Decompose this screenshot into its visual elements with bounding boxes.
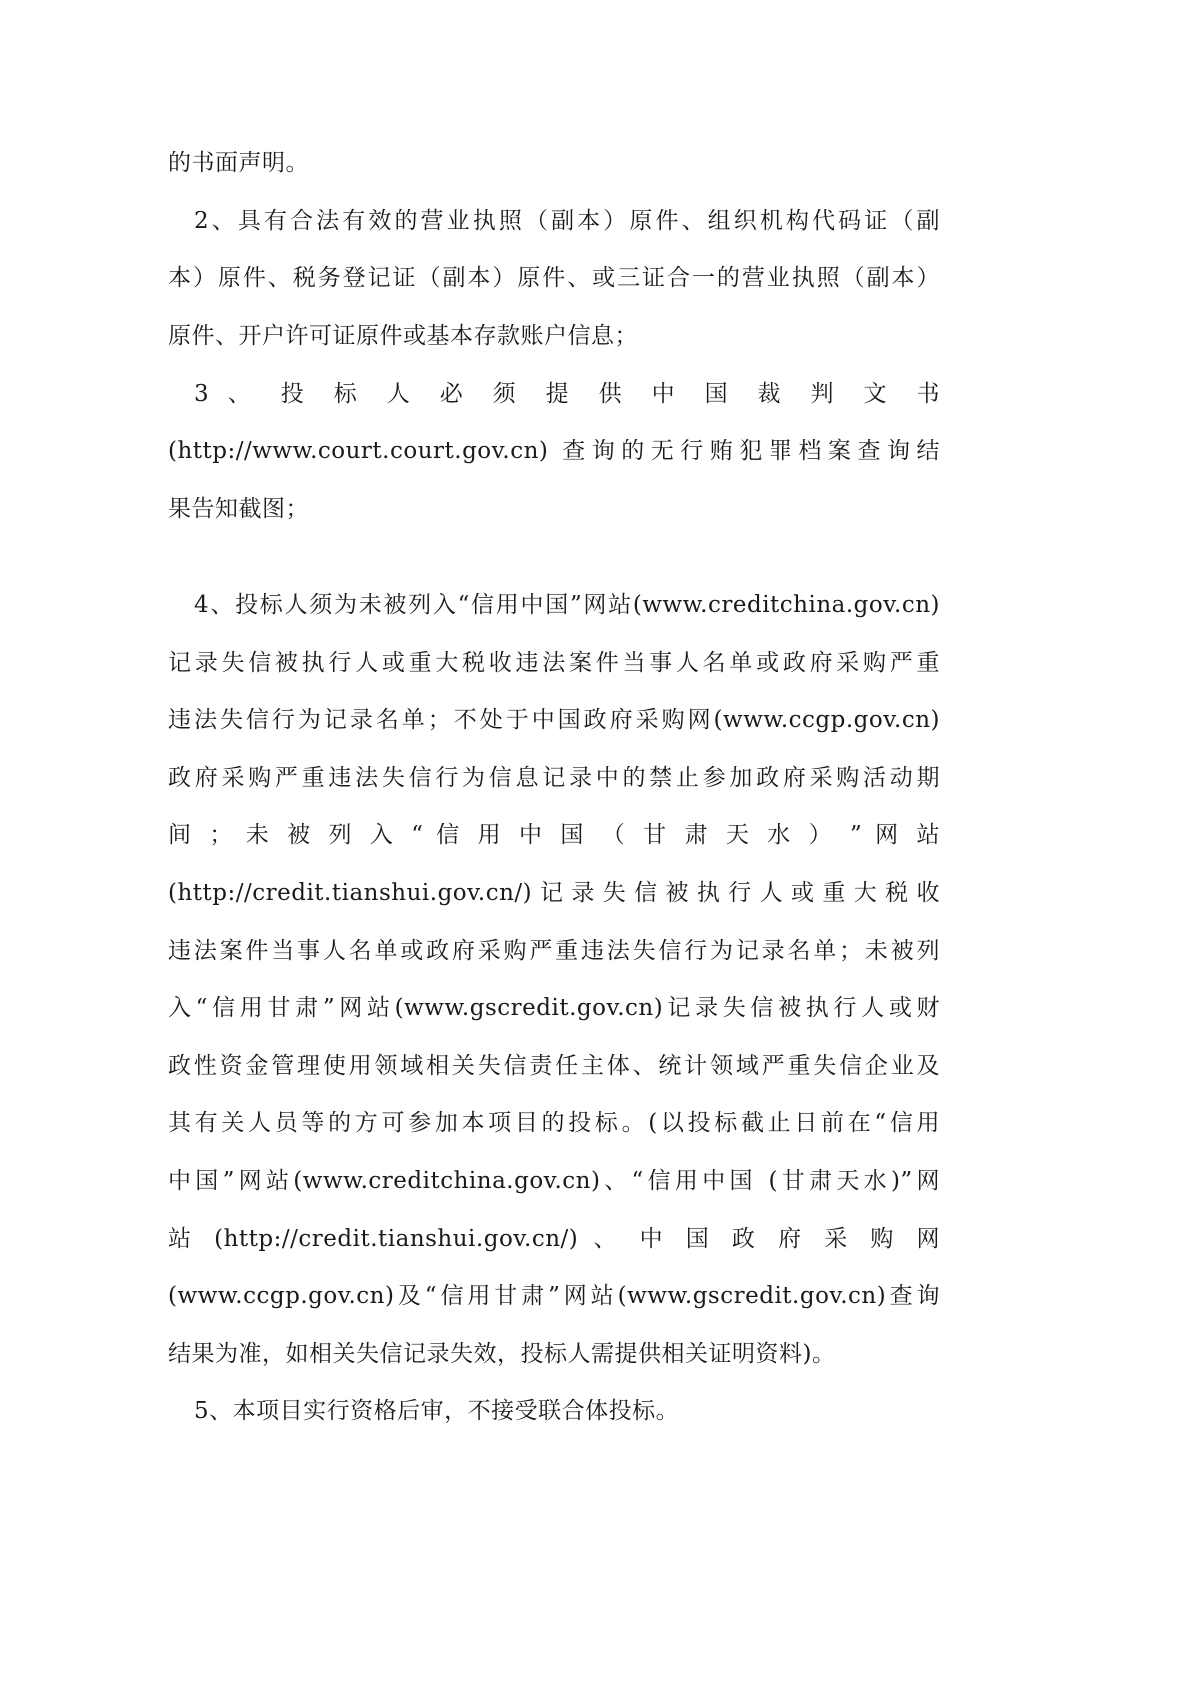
text-line: 2、具有合法有效的营业执照（副本）原件、组织机构代码证（副 [194,201,940,241]
text-line: 本）原件、税务登记证（副本）原件、或三证合一的营业执照（副本） [168,258,940,298]
text-line: 政性资金管理使用领域相关失信责任主体、统计领域严重失信企业及 [168,1046,940,1086]
text-line: 的书面声明。 [168,143,940,183]
text-line: 站 (http://credit.tianshui.gov.cn/) 、 中 国… [168,1219,940,1259]
document-page: 的书面声明。 2、具有合法有效的营业执照（副本）原件、组织机构代码证（副 本）原… [0,0,1191,1684]
text-line: 5、本项目实行资格后审，不接受联合体投标。 [194,1391,940,1431]
text-line: (www.ccgp.gov.cn)及“信用甘肃”网站(www.gscredit.… [168,1276,940,1316]
text-line: 记录失信被执行人或重大税收违法案件当事人名单或政府采购严重 [168,643,940,683]
text-line: 政府采购严重违法失信行为信息记录中的禁止参加政府采购活动期 [168,758,940,798]
text-line: 中国”网站(www.creditchina.gov.cn)、“信用中国 (甘肃天… [168,1161,940,1201]
text-line: 其有关人员等的方可参加本项目的投标。(以投标截止日前在“信用 [168,1103,940,1143]
text-line: 果告知截图； [168,489,940,529]
text-line: 3 、 投 标 人 必 须 提 供 中 国 裁 判 文 书 [194,374,940,414]
text-line: (http://www.court.court.gov.cn) 查询的无行贿犯罪… [168,431,940,471]
text-line: 4、投标人须为未被列入“信用中国”网站(www.creditchina.gov.… [194,585,940,625]
text-line: 原件、开户许可证原件或基本存款账户信息； [168,316,940,356]
text-line: (http://credit.tianshui.gov.cn/)记录失信被执行人… [168,873,940,913]
text-line: 入“信用甘肃”网站(www.gscredit.gov.cn)记录失信被执行人或财 [168,988,940,1028]
text-line: 结果为准，如相关失信记录失效，投标人需提供相关证明资料)。 [168,1334,940,1374]
text-line: 违法失信行为记录名单；不处于中国政府采购网(www.ccgp.gov.cn) [168,700,940,740]
text-line: 违法案件当事人名单或政府采购严重违法失信行为记录名单；未被列 [168,931,940,971]
text-line: 间 ； 未 被 列 入 “ 信 用 中 国 （ 甘 肃 天 水 ） ” 网 站 [168,815,940,855]
